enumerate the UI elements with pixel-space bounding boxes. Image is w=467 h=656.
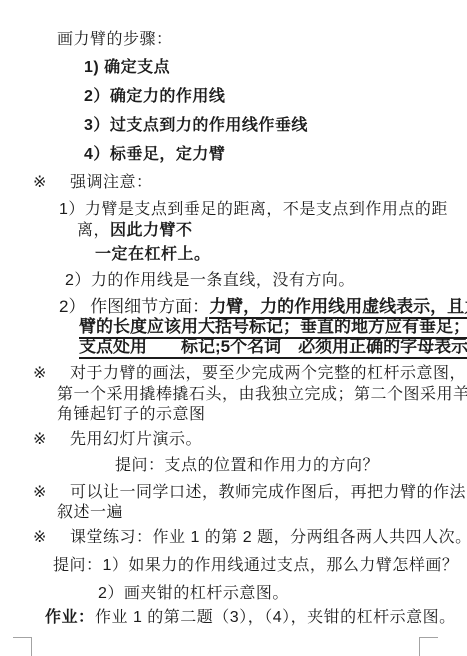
slides-line: ※先用幻灯片演示。 [33, 430, 202, 450]
note1-line1: 1）力臂是支点到垂足的距离，不是支点到作用点的距 [59, 200, 448, 220]
homework-text: 作业 1 的第二题（3），（4），夹钳的杠杆示意图。 [95, 609, 456, 626]
question2-text1: 提问：1）如果力的作用线通过支点，那么力臂怎样画？ [53, 557, 458, 574]
margin-corner-mark-bottom-right [419, 637, 438, 656]
drawing-para-line3: 角锤起钉子的示意图 [57, 405, 206, 425]
reference-marker: ※ [33, 528, 70, 548]
step-item-2: 2）确定力的作用线 [84, 87, 225, 107]
emphasis-title: 强调注意： [70, 174, 153, 191]
note2-line: 2）力的作用线是一条直线，没有方向。 [65, 271, 355, 291]
homework-line: 作业：作业 1 的第二题（3），（4），夹钳的杠杆示意图。 [45, 608, 456, 628]
document-page: 画力臂的步骤： 1) 确定支点 2）确定力的作用线 3）过支点到力的作用线作垂线… [0, 0, 467, 656]
question2-line1: 提问：1）如果力的作用线通过支点，那么力臂怎样画？ [53, 556, 458, 576]
note3-label: 2） 作图细节方面： [59, 297, 209, 316]
dictation-text1: 可以让一同学口述，教师完成作图后，再把力臂的作法 [70, 484, 466, 501]
reference-marker: ※ [33, 430, 70, 450]
note1-line3-text: 一定在杠杆上。 [95, 246, 211, 263]
note2-text: 2）力的作用线是一条直线，没有方向。 [65, 272, 355, 289]
step-item-1: 1) 确定支点 [84, 58, 170, 78]
note3-line2: 臂的长度应该用大括号标记；垂直的地方应有垂足； [79, 317, 467, 337]
step-1-text: 1) 确定支点 [84, 59, 170, 76]
slides-text: 先用幻灯片演示。 [70, 431, 202, 448]
heading-text: 画力臂的步骤： [57, 31, 173, 48]
margin-corner-mark-bottom-left [13, 637, 32, 656]
note1-line3: 一定在杠杆上。 [95, 245, 211, 265]
note3-line3: 支点处用 标记;5个名词 必须用正确的字母表示。 [79, 337, 467, 357]
step-3-text: 3）过支点到力的作用线作垂线 [84, 117, 308, 134]
drawing-para-text2: 第一个采用撬棒撬石头，由我独立完成；第二个图采用羊 [57, 386, 467, 403]
homework-label: 作业： [45, 608, 95, 628]
dictation-text2: 叙述一遍 [57, 504, 123, 521]
note3-underline-3: 支点处用 标记;5个名词 必须用正确的字母表示。 [79, 337, 467, 359]
practice-text: 课堂练习：作业 1 的第 2 题，分两组各两人共四人次。 [70, 529, 467, 546]
reference-marker: ※ [33, 483, 70, 503]
drawing-para-text1: 对于力臂的画法，要至少完成两个完整的杠杆示意图， [70, 365, 466, 382]
dictation-line2: 叙述一遍 [57, 503, 123, 523]
heading-draw-steps: 画力臂的步骤： [57, 30, 173, 50]
drawing-para-line2: 第一个采用撬棒撬石头，由我独立完成；第二个图采用羊 [57, 385, 467, 405]
note1-line2: 离，因此力臂不 [77, 221, 193, 241]
question2-line2: 2）画夹钳的杠杆示意图。 [98, 584, 289, 604]
question2-text2: 2）画夹钳的杠杆示意图。 [98, 585, 289, 602]
drawing-para-line1: ※对于力臂的画法，要至少完成两个完整的杠杆示意图， [33, 364, 466, 384]
drawing-para-text3: 角锤起钉子的示意图 [57, 406, 206, 423]
question1-text: 提问：支点的位置和作用力的方向？ [115, 457, 379, 474]
note3-line1: 2） 作图细节方面：力臂，力的作用线用虚线表示，且力 [59, 297, 467, 317]
question1-line: 提问：支点的位置和作用力的方向？ [115, 456, 379, 476]
step-item-4: 4）标垂足，定力臂 [84, 145, 225, 165]
reference-marker: ※ [33, 173, 70, 193]
note1-line2-bold: 因此力臂不 [110, 222, 193, 239]
step-2-text: 2）确定力的作用线 [84, 88, 225, 105]
practice-line: ※课堂练习：作业 1 的第 2 题，分两组各两人共四人次。 [33, 528, 467, 548]
note3-underline-1: 力臂，力的作用线用虚线表示，且力 [209, 297, 467, 319]
reference-marker: ※ [33, 364, 70, 384]
emphasis-heading-line: ※强调注意： [33, 173, 153, 193]
dictation-line1: ※可以让一同学口述，教师完成作图后，再把力臂的作法 [33, 483, 466, 503]
step-item-3: 3）过支点到力的作用线作垂线 [84, 116, 308, 136]
note1-line2-regular: 离， [77, 222, 110, 239]
step-4-text: 4）标垂足，定力臂 [84, 146, 225, 163]
note1-line1-text: 1）力臂是支点到垂足的距离，不是支点到作用点的距 [59, 201, 448, 218]
note3-underline-2: 臂的长度应该用大括号标记；垂直的地方应有垂足； [79, 317, 467, 339]
